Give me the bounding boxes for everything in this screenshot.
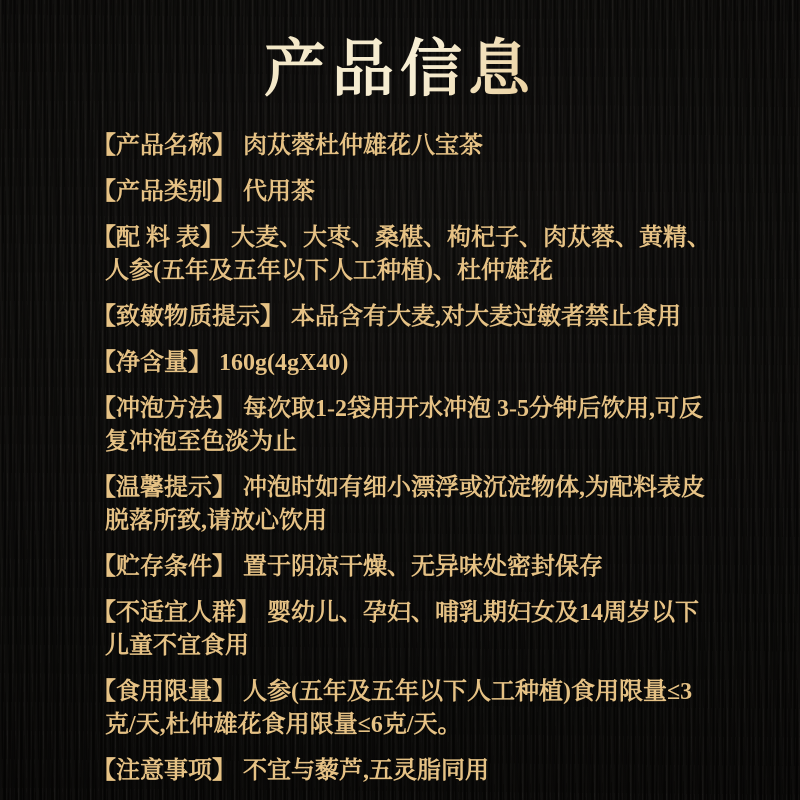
entry-value: 本品含有大麦,对大麦过敏者禁止食用 xyxy=(291,304,681,330)
entry-label-text: 食用限量 xyxy=(116,679,212,705)
entry-label-text: 配 料 表 xyxy=(116,225,200,251)
entry-warm-tip: 【温馨提示】冲泡时如有细小漂浮或沉淀物体,为配料表皮脱落所致,请放心饮用 xyxy=(92,472,716,538)
entry-label: 【产品名称】 xyxy=(92,133,236,159)
bracket-close: 】 xyxy=(212,396,236,422)
entry-label: 【温馨提示】 xyxy=(92,475,236,501)
bracket-close: 】 xyxy=(212,179,236,205)
entry-label-text: 不适宜人群 xyxy=(116,600,236,626)
entry-product-name: 【产品名称】肉苁蓉杜仲雄花八宝茶 xyxy=(92,130,716,163)
bracket-close: 】 xyxy=(212,133,236,159)
entry-net-weight: 【净含量】160g(4gX40) xyxy=(92,347,716,380)
entry-consumption-limit: 【食用限量】人参(五年及五年以下人工种植)食用限量≤3克/天,杜仲雄花食用限量≤… xyxy=(92,676,716,742)
entry-value: 置于阴凉干燥、无异味处密封保存 xyxy=(243,554,603,580)
entry-allergen-notice: 【致敏物质提示】本品含有大麦,对大麦过敏者禁止食用 xyxy=(92,301,716,334)
entry-label: 【配 料 表】 xyxy=(92,225,224,251)
bracket-open: 【 xyxy=(92,475,116,501)
bracket-open: 【 xyxy=(92,758,116,784)
bracket-open: 【 xyxy=(92,225,116,251)
entry-storage-conditions: 【贮存条件】置于阴凉干燥、无异味处密封保存 xyxy=(92,551,716,584)
entry-label: 【不适宜人群】 xyxy=(92,600,260,626)
bracket-open: 【 xyxy=(92,304,116,330)
entry-label: 【食用限量】 xyxy=(92,679,236,705)
entry-value: 不宜与藜芦,五灵脂同用 xyxy=(243,758,489,784)
entry-label-text: 产品名称 xyxy=(116,133,212,159)
bracket-close: 】 xyxy=(212,475,236,501)
entry-label: 【净含量】 xyxy=(92,350,212,376)
entry-label-text: 冲泡方法 xyxy=(116,396,212,422)
entry-ingredients: 【配 料 表】大麦、大枣、桑椹、枸杞子、肉苁蓉、黄精、人参(五年及五年以下人工种… xyxy=(92,222,716,288)
bracket-close: 】 xyxy=(212,758,236,784)
entry-label: 【产品类别】 xyxy=(92,179,236,205)
entry-unsuitable-groups: 【不适宜人群】婴幼儿、孕妇、哺乳期妇女及14周岁以下儿童不宜食用 xyxy=(92,597,716,663)
entry-product-category: 【产品类别】代用茶 xyxy=(92,176,716,209)
product-info-page: 产品信息 【产品名称】肉苁蓉杜仲雄花八宝茶 【产品类别】代用茶 【配 料 表】大… xyxy=(0,0,800,800)
entry-label-text: 致敏物质提示 xyxy=(116,304,260,330)
bracket-close: 】 xyxy=(236,600,260,626)
bracket-close: 】 xyxy=(188,350,212,376)
page-title: 产品信息 xyxy=(0,30,800,110)
bracket-close: 】 xyxy=(260,304,284,330)
entry-label: 【致敏物质提示】 xyxy=(92,304,284,330)
entry-value: 160g(4gX40) xyxy=(219,350,348,376)
bracket-open: 【 xyxy=(92,396,116,422)
entry-label-text: 贮存条件 xyxy=(116,554,212,580)
bracket-open: 【 xyxy=(92,554,116,580)
bracket-open: 【 xyxy=(92,350,116,376)
entry-label: 【贮存条件】 xyxy=(92,554,236,580)
entry-label-text: 产品类别 xyxy=(116,179,212,205)
bracket-open: 【 xyxy=(92,133,116,159)
bracket-open: 【 xyxy=(92,600,116,626)
entry-brewing-method: 【冲泡方法】每次取1-2袋用开水冲泡 3-5分钟后饮用,可反复冲泡至色淡为止 xyxy=(92,393,716,459)
bracket-close: 】 xyxy=(212,554,236,580)
bracket-open: 【 xyxy=(92,179,116,205)
entry-label-text: 净含量 xyxy=(116,350,188,376)
entry-value: 代用茶 xyxy=(243,179,315,205)
bracket-close: 】 xyxy=(200,225,224,251)
entry-label-text: 温馨提示 xyxy=(116,475,212,501)
entry-label: 【冲泡方法】 xyxy=(92,396,236,422)
entry-label-text: 注意事项 xyxy=(116,758,212,784)
bracket-close: 】 xyxy=(212,679,236,705)
product-info-list: 【产品名称】肉苁蓉杜仲雄花八宝茶 【产品类别】代用茶 【配 料 表】大麦、大枣、… xyxy=(0,130,800,788)
entry-value: 肉苁蓉杜仲雄花八宝茶 xyxy=(243,133,483,159)
bracket-open: 【 xyxy=(92,679,116,705)
entry-precautions: 【注意事项】不宜与藜芦,五灵脂同用 xyxy=(92,755,716,788)
entry-label: 【注意事项】 xyxy=(92,758,236,784)
